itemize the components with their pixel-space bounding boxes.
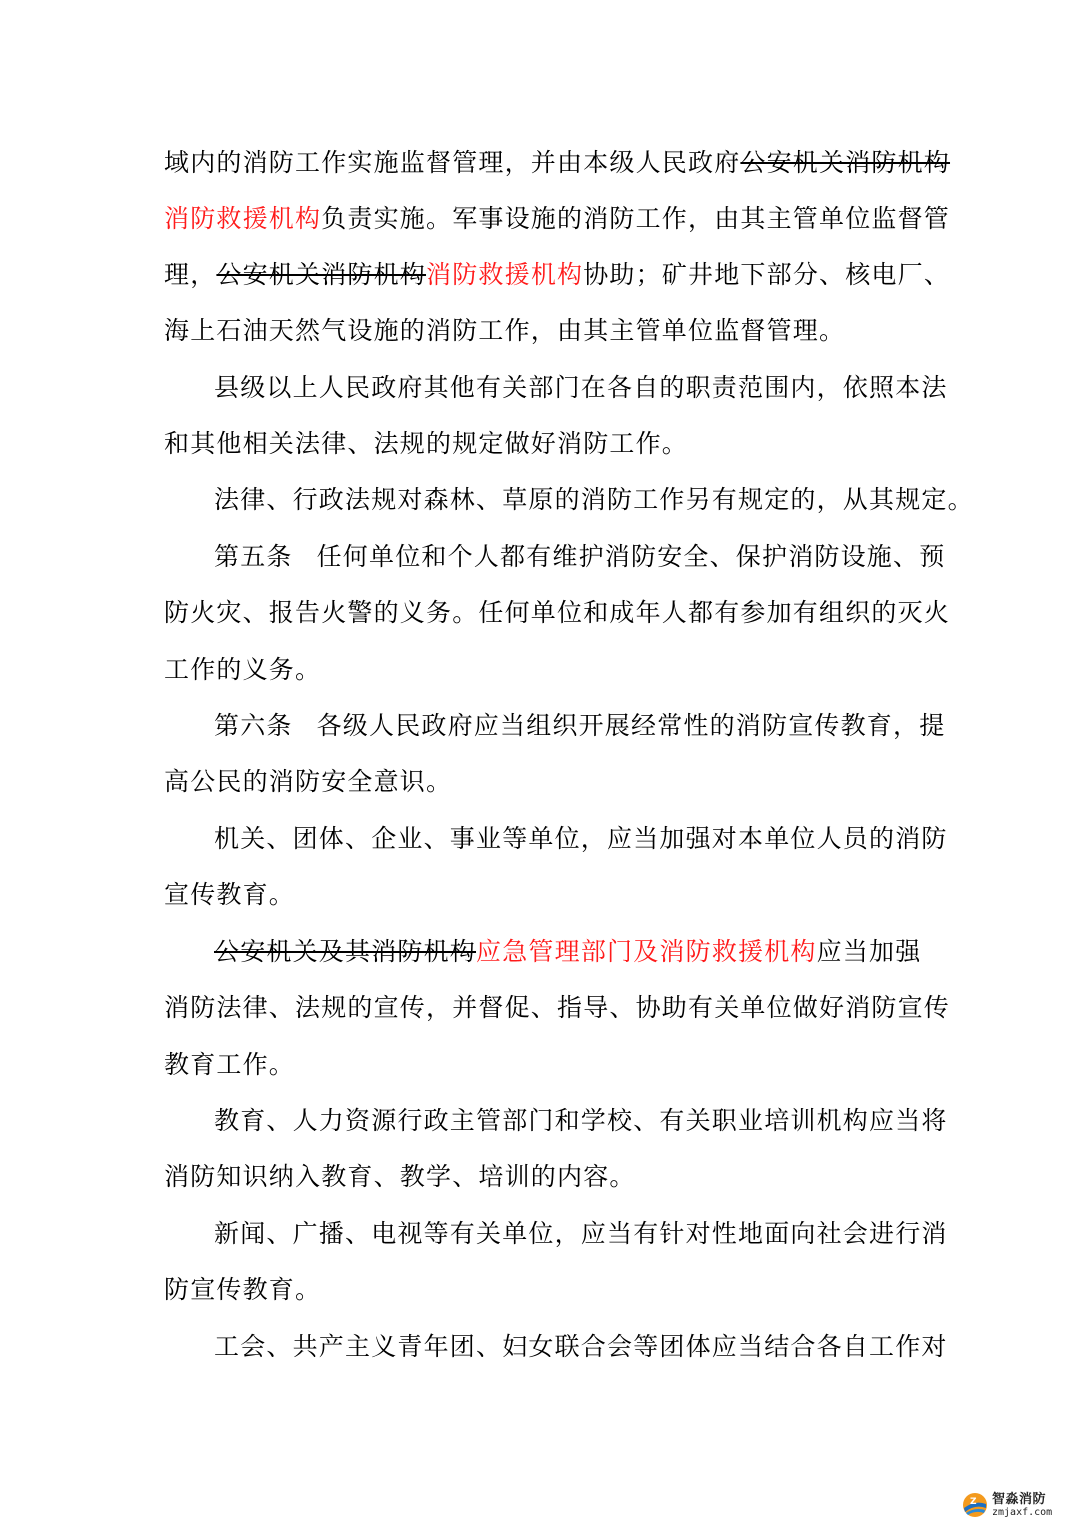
body-text: 海上石油天然气设施的消防工作，由其主管单位监督管理。: [164, 316, 845, 345]
body-text: 新闻、广播、电视等有关单位，应当有针对性地面向社会进行消: [214, 1219, 948, 1248]
svg-text:Z: Z: [970, 1497, 977, 1507]
body-text: 工会、共产主义青年团、妇女联合会等团体应当结合各自工作对: [214, 1332, 948, 1361]
body-text: 高公民的消防安全意识。: [164, 767, 452, 796]
text-line: 域内的消防工作实施监督管理，并由本级人民政府公安机关消防机构: [164, 148, 924, 178]
body-text: 任何单位和个人都有维护消防安全、保护消防设施、预: [317, 542, 946, 571]
text-line: 消防救援机构负责实施。军事设施的消防工作，由其主管单位监督管: [164, 204, 924, 234]
text-line: 县级以上人民政府其他有关部门在各自的职责范围内，依照本法: [214, 373, 924, 403]
body-text: 域内的消防工作实施监督管理，并由本级人民政府: [164, 148, 740, 177]
inserted-text: 应急管理部门及消防救援机构: [476, 937, 817, 966]
body-text: 理，: [164, 260, 216, 289]
body-text: 教育工作。: [164, 1050, 295, 1079]
text-line: 新闻、广播、电视等有关单位，应当有针对性地面向社会进行消: [214, 1219, 924, 1249]
watermark-name: 智淼消防: [992, 1493, 1052, 1506]
inserted-text: 消防救援机构: [164, 204, 321, 233]
text-line: 教育工作。: [164, 1050, 924, 1080]
watermark: Z 智淼消防 zmjaxf.com: [962, 1488, 1074, 1522]
body-text: 各级人民政府应当组织开展经常性的消防宣传教育，提: [317, 711, 946, 740]
text-line: 公安机关及其消防机构应急管理部门及消防救援机构应当加强: [214, 937, 924, 967]
body-text: 机关、团体、企业、事业等单位，应当加强对本单位人员的消防: [214, 824, 948, 853]
body-text: 协助；矿井地下部分、核电厂、: [583, 260, 950, 289]
text-line: 工作的义务。: [164, 655, 924, 685]
body-text: 工作的义务。: [164, 655, 321, 684]
body-text: 县级以上人民政府其他有关部门在各自的职责范围内，依照本法: [214, 373, 948, 402]
document-page: 域内的消防工作实施监督管理，并由本级人民政府公安机关消防机构消防救援机构负责实施…: [0, 0, 1080, 1527]
text-line: 防宣传教育。: [164, 1275, 924, 1305]
text-line: 和其他相关法律、法规的规定做好消防工作。: [164, 429, 924, 459]
deleted-text: 公安机关及其消防机构: [214, 937, 476, 966]
body-text: 教育、人力资源行政主管部门和学校、有关职业培训机构应当将: [214, 1106, 948, 1135]
watermark-url: zmjaxf.com: [992, 1508, 1052, 1518]
deleted-text: 公安机关消防机构: [216, 260, 426, 289]
deleted-text: 公安机关消防机构: [740, 148, 950, 177]
text-line: 理，公安机关消防机构消防救援机构协助；矿井地下部分、核电厂、: [164, 260, 924, 290]
text-line: 海上石油天然气设施的消防工作，由其主管单位监督管理。: [164, 316, 924, 346]
text-line: 宣传教育。: [164, 880, 924, 910]
zmjaxf-logo-icon: Z: [962, 1492, 988, 1518]
text-line: 机关、团体、企业、事业等单位，应当加强对本单位人员的消防: [214, 824, 924, 854]
body-text: 和其他相关法律、法规的规定做好消防工作。: [164, 429, 688, 458]
body-text: 宣传教育。: [164, 880, 295, 909]
body-text: 消防法律、法规的宣传，并督促、指导、协助有关单位做好消防宣传: [164, 993, 950, 1022]
text-line: 高公民的消防安全意识。: [164, 767, 924, 797]
body-text: 消防知识纳入教育、教学、培训的内容。: [164, 1162, 636, 1191]
body-text: 防火灾、报告火警的义务。任何单位和成年人都有参加有组织的灭火: [164, 598, 950, 627]
text-line: 法律、行政法规对森林、草原的消防工作另有规定的，从其规定。: [214, 485, 924, 515]
text-line: 第六条各级人民政府应当组织开展经常性的消防宣传教育，提: [214, 711, 924, 741]
body-text: 防宣传教育。: [164, 1275, 321, 1304]
body-text: 法律、行政法规对森林、草原的消防工作另有规定的，从其规定。: [214, 485, 974, 514]
text-line: 第五条任何单位和个人都有维护消防安全、保护消防设施、预: [214, 542, 924, 572]
body-text: 第六条: [214, 711, 293, 740]
body-text: 负责实施。军事设施的消防工作，由其主管单位监督管: [321, 204, 950, 233]
text-line: 消防知识纳入教育、教学、培训的内容。: [164, 1162, 924, 1192]
inserted-text: 消防救援机构: [426, 260, 583, 289]
body-text: 应当加强: [817, 937, 922, 966]
text-line: 教育、人力资源行政主管部门和学校、有关职业培训机构应当将: [214, 1106, 924, 1136]
text-line: 消防法律、法规的宣传，并督促、指导、协助有关单位做好消防宣传: [164, 993, 924, 1023]
text-line: 工会、共产主义青年团、妇女联合会等团体应当结合各自工作对: [214, 1332, 924, 1362]
text-line: 防火灾、报告火警的义务。任何单位和成年人都有参加有组织的灭火: [164, 598, 924, 628]
body-text: 第五条: [214, 542, 293, 571]
